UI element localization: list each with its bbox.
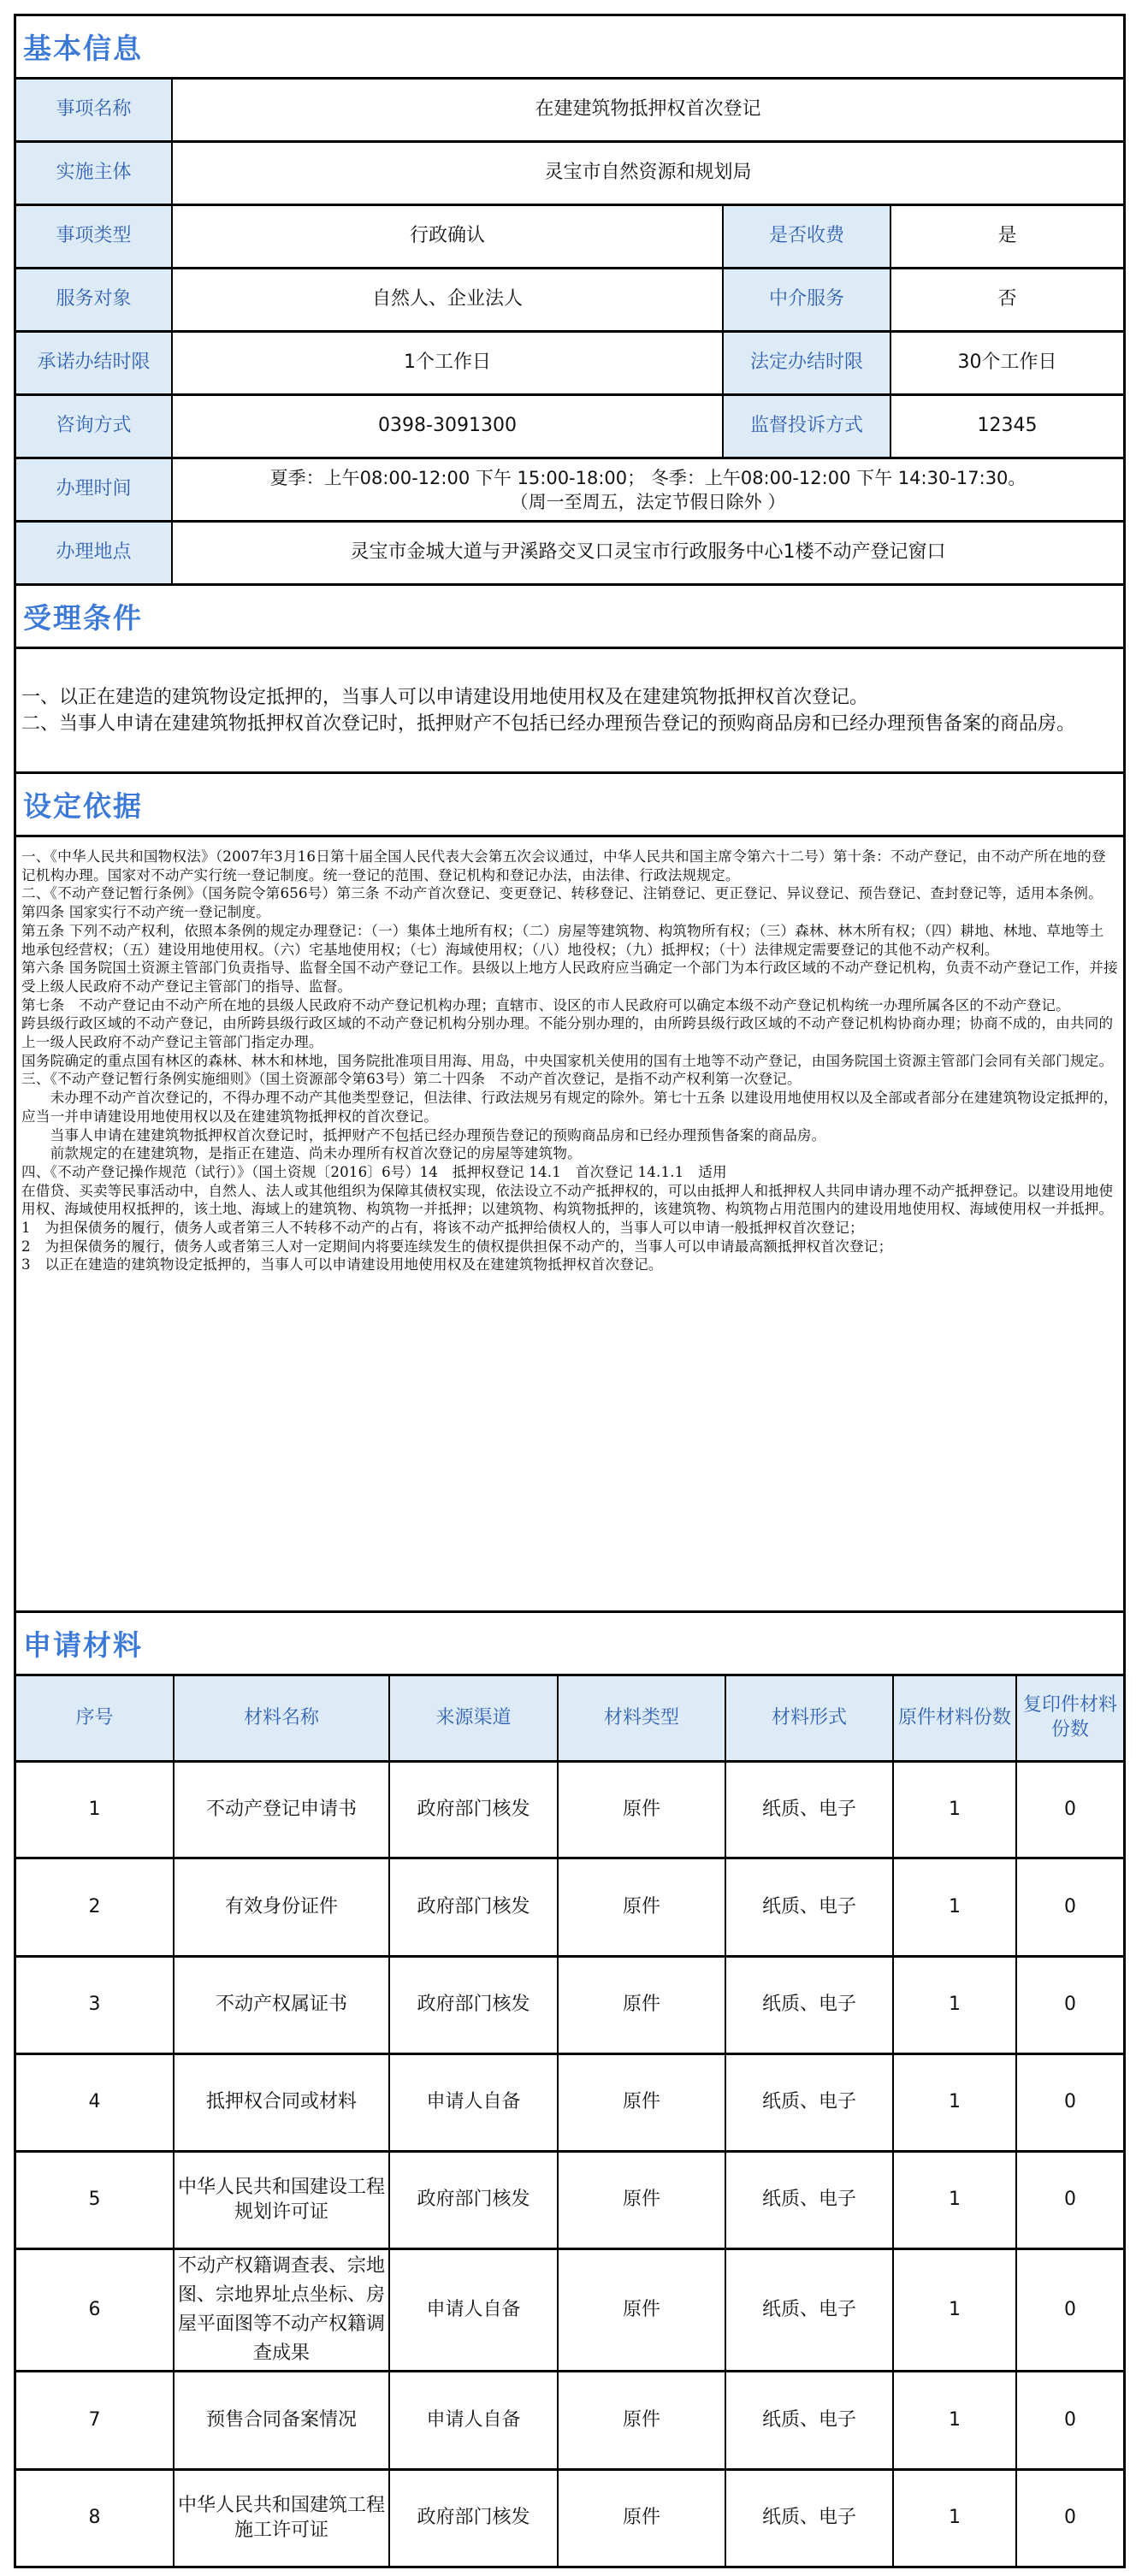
label-consult: 咨询方式 [16,396,171,457]
table-row: 3 不动产权属证书 政府部门核发 原件 纸质、电子 1 0 [16,1955,1123,2053]
table-row: 2 有效身份证件 政府部门核发 原件 纸质、电子 1 0 [16,1857,1123,1955]
basis-paragraph: 在借贷、买卖等民事活动中，自然人、法人或其他组织为保障其债权实现，依法设立不动产… [21,1182,1118,1219]
basis-paragraph: 未办理不动产首次登记的，不得办理不动产其他类型登记，但法律、行政法规另有规定的除… [21,1089,1118,1126]
col-header-copies: 复印件材料份数 [1015,1676,1123,1760]
cell-form: 纸质、电子 [725,1859,892,1955]
row-service-target: 服务对象 自然人、企业法人 中介服务 否 [16,267,1123,330]
cell-originals: 1 [892,2055,1015,2150]
hours-line-1: 夏季：上午08:00-12:00 下午 15:00-18:00； 冬季：上午08… [270,466,1027,490]
cell-type: 原件 [557,2471,725,2566]
cell-name: 预售合同备案情况 [173,2372,388,2468]
condition-line: 一、以正在建造的建筑物设定抵押的，当事人可以申请建设用地使用权及在建建筑物抵押权… [21,684,1118,711]
hours-line-2: （周一至周五，法定节假日除外 ） [511,490,786,514]
row-item-name: 事项名称 在建建筑物抵押权首次登记 [16,77,1123,140]
basis-paragraph: 2 为担保债务的履行，债务人或者第三人对一定期间内将要连续发生的债权提供担保不动… [21,1238,1118,1256]
table-row: 7 预售合同备案情况 申请人自备 原件 纸质、电子 1 0 [16,2370,1123,2468]
row-time-limits: 承诺办结时限 1个工作日 法定办结时限 30个工作日 [16,330,1123,393]
value-intermediary: 否 [890,269,1123,330]
row-implementer: 实施主体 灵宝市自然资源和规划局 [16,140,1123,204]
cell-originals: 1 [892,2153,1015,2248]
label-location: 办理地点 [16,523,171,583]
row-hours: 办理时间 夏季：上午08:00-12:00 下午 15:00-18:00； 冬季… [16,457,1123,520]
cell-copies: 0 [1015,2153,1123,2248]
label-hours: 办理时间 [16,459,171,520]
col-header-type: 材料类型 [557,1676,725,1760]
cell-originals: 1 [892,1763,1015,1857]
value-location: 灵宝市金城大道与尹溪路交叉口灵宝市行政服务中心1楼不动产登记窗口 [171,523,1123,583]
cell-source: 申请人自备 [388,2372,557,2468]
col-header-no: 序号 [16,1676,173,1760]
col-header-name: 材料名称 [173,1676,388,1760]
cell-copies: 0 [1015,1958,1123,2053]
cell-copies: 0 [1015,1859,1123,1955]
value-item-type: 行政确认 [171,206,722,267]
cell-type: 原件 [557,2055,725,2150]
cell-source: 政府部门核发 [388,1763,557,1857]
cell-no: 4 [16,2055,173,2150]
basis-paragraph: 第四条 国家实行不动产统一登记制度。 [21,903,1118,922]
cell-name: 抵押权合同或材料 [173,2055,388,2150]
section-title-materials: 申请材料 [16,1610,1123,1674]
basis-paragraph: 第五条 下列不动产权利，依照本条例的规定办理登记：（一）集体土地所有权；（二）房… [21,922,1118,959]
basis-paragraph: 前款规定的在建建筑物，是指正在建造、尚未办理所有权首次登记的房屋等建筑物。 [21,1144,1118,1163]
cell-originals: 1 [892,1859,1015,1955]
basis-paragraph: 国务院确定的重点国有林区的森林、林木和林地，国务院批准项目用海、用岛，中央国家机… [21,1052,1118,1071]
cell-no: 1 [16,1763,173,1857]
cell-originals: 1 [892,2471,1015,2566]
condition-line: 二、当事人申请在建建筑物抵押权首次登记时，抵押财产不包括已经办理预告登记的预购商… [21,711,1118,737]
cell-form: 纸质、电子 [725,2372,892,2468]
table-row: 6 不动产权籍调查表、宗地图、宗地界址点坐标、房屋平面图等不动产权籍调查成果 申… [16,2248,1123,2370]
value-implementer: 灵宝市自然资源和规划局 [171,143,1123,204]
legal-basis-text: 一、《中华人民共和国物权法》（2007年3月16日第十届全国人民代表大会第五次会… [16,835,1123,1610]
label-legal-limit: 法定办结时限 [722,333,890,393]
basis-paragraph: 3 以正在建造的建筑物设定抵押的，当事人可以申请建设用地使用权及在建建筑物抵押权… [21,1256,1118,1274]
cell-copies: 0 [1015,2372,1123,2468]
label-charge: 是否收费 [722,206,890,267]
cell-type: 原件 [557,2372,725,2468]
basis-paragraph: 当事人申请在建建筑物抵押权首次登记时，抵押财产不包括已经办理预告登记的预购商品房… [21,1126,1118,1145]
cell-source: 申请人自备 [388,2250,557,2370]
cell-type: 原件 [557,1859,725,1955]
basis-paragraph: 第六条 国务院国土资源主管部门负责指导、监督全国不动产登记工作。县级以上地方人民… [21,959,1118,996]
table-row: 8 中华人民共和国建筑工程施工许可证 政府部门核发 原件 纸质、电子 1 0 [16,2468,1123,2566]
label-implementer: 实施主体 [16,143,171,204]
table-row: 1 不动产登记申请书 政府部门核发 原件 纸质、电子 1 0 [16,1760,1123,1857]
service-guide-sheet: 基本信息 事项名称 在建建筑物抵押权首次登记 实施主体 灵宝市自然资源和规划局 … [14,14,1126,2568]
cell-originals: 1 [892,1958,1015,2053]
basis-paragraph: 三、《不动产登记暂行条例实施细则》（国土资源部令第63号）第二十四条 不动产首次… [21,1070,1118,1089]
cell-copies: 0 [1015,1763,1123,1857]
label-service-target: 服务对象 [16,269,171,330]
row-item-type: 事项类型 行政确认 是否收费 是 [16,204,1123,267]
basis-paragraph: 二、《不动产登记暂行条例》（国务院令第656号）第三条 不动产首次登记、变更登记… [21,884,1118,903]
cell-originals: 1 [892,2250,1015,2370]
cell-originals: 1 [892,2372,1015,2468]
table-bottom-border [16,2566,1123,2568]
basis-paragraph: 1 为担保债务的履行，债务人或者第三人不转移不动产的占有，将该不动产抵押给债权人… [21,1219,1118,1238]
table-row: 5 中华人民共和国建设工程规划许可证 政府部门核发 原件 纸质、电子 1 0 [16,2150,1123,2248]
value-promise-limit: 1个工作日 [171,333,722,393]
cell-form: 纸质、电子 [725,2055,892,2150]
value-hours: 夏季：上午08:00-12:00 下午 15:00-18:00； 冬季：上午08… [171,459,1123,520]
cell-form: 纸质、电子 [725,1958,892,2053]
cell-no: 3 [16,1958,173,2053]
cell-type: 原件 [557,2153,725,2248]
row-location: 办理地点 灵宝市金城大道与尹溪路交叉口灵宝市行政服务中心1楼不动产登记窗口 [16,520,1123,583]
label-intermediary: 中介服务 [722,269,890,330]
cell-type: 原件 [557,1763,725,1857]
cell-name: 不动产权属证书 [173,1958,388,2053]
col-header-source: 来源渠道 [388,1676,557,1760]
cell-name: 不动产登记申请书 [173,1763,388,1857]
basis-paragraph: 第七条 不动产登记由不动产所在地的县级人民政府不动产登记机构办理；直辖市、设区的… [21,996,1118,1015]
basis-paragraph: 一、《中华人民共和国物权法》（2007年3月16日第十届全国人民代表大会第五次会… [21,848,1118,884]
cell-source: 申请人自备 [388,2055,557,2150]
section-title-legal-basis: 设定依据 [16,771,1123,835]
cell-no: 2 [16,1859,173,1955]
value-consult-phone: 0398-3091300 [171,396,722,457]
cell-name: 中华人民共和国建筑工程施工许可证 [173,2471,388,2566]
col-header-form: 材料形式 [725,1676,892,1760]
cell-source: 政府部门核发 [388,2153,557,2248]
materials-header-row: 序号 材料名称 来源渠道 材料类型 材料形式 原件材料份数 复印件材料份数 [16,1674,1123,1760]
cell-copies: 0 [1015,2055,1123,2150]
cell-type: 原件 [557,2250,725,2370]
basis-paragraph: 跨县级行政区域的不动产登记，由所跨县级行政区域的不动产登记机构分别办理。不能分别… [21,1014,1118,1051]
cell-form: 纸质、电子 [725,2153,892,2248]
section-title-conditions: 受理条件 [16,583,1123,647]
cell-no: 7 [16,2372,173,2468]
cell-no: 5 [16,2153,173,2248]
cell-form: 纸质、电子 [725,2250,892,2370]
label-item-type: 事项类型 [16,206,171,267]
row-contact: 咨询方式 0398-3091300 监督投诉方式 12345 [16,393,1123,457]
table-row: 4 抵押权合同或材料 申请人自备 原件 纸质、电子 1 0 [16,2053,1123,2150]
cell-no: 8 [16,2471,173,2566]
cell-no: 6 [16,2250,173,2370]
cell-type: 原件 [557,1958,725,2053]
cell-source: 政府部门核发 [388,1859,557,1955]
value-complaint-phone: 12345 [890,396,1123,457]
cell-name: 不动产权籍调查表、宗地图、宗地界址点坐标、房屋平面图等不动产权籍调查成果 [173,2250,388,2370]
cell-form: 纸质、电子 [725,2471,892,2566]
label-complaint: 监督投诉方式 [722,396,890,457]
basis-paragraph: 四、《不动产登记操作规范（试行）》（国土资规〔2016〕6号）14 抵押权登记 … [21,1163,1118,1182]
col-header-originals: 原件材料份数 [892,1676,1015,1760]
label-promise-limit: 承诺办结时限 [16,333,171,393]
value-charge: 是 [890,206,1123,267]
label-item-name: 事项名称 [16,80,171,140]
cell-name: 中华人民共和国建设工程规划许可证 [173,2153,388,2248]
cell-copies: 0 [1015,2471,1123,2566]
cell-copies: 0 [1015,2250,1123,2370]
conditions-text: 一、以正在建造的建筑物设定抵押的，当事人可以申请建设用地使用权及在建建筑物抵押权… [16,647,1123,771]
cell-source: 政府部门核发 [388,2471,557,2566]
value-service-target: 自然人、企业法人 [171,269,722,330]
cell-name: 有效身份证件 [173,1859,388,1955]
cell-form: 纸质、电子 [725,1763,892,1857]
cell-source: 政府部门核发 [388,1958,557,2053]
value-legal-limit: 30个工作日 [890,333,1123,393]
value-item-name: 在建建筑物抵押权首次登记 [171,80,1123,140]
section-title-basic-info: 基本信息 [16,14,1123,77]
